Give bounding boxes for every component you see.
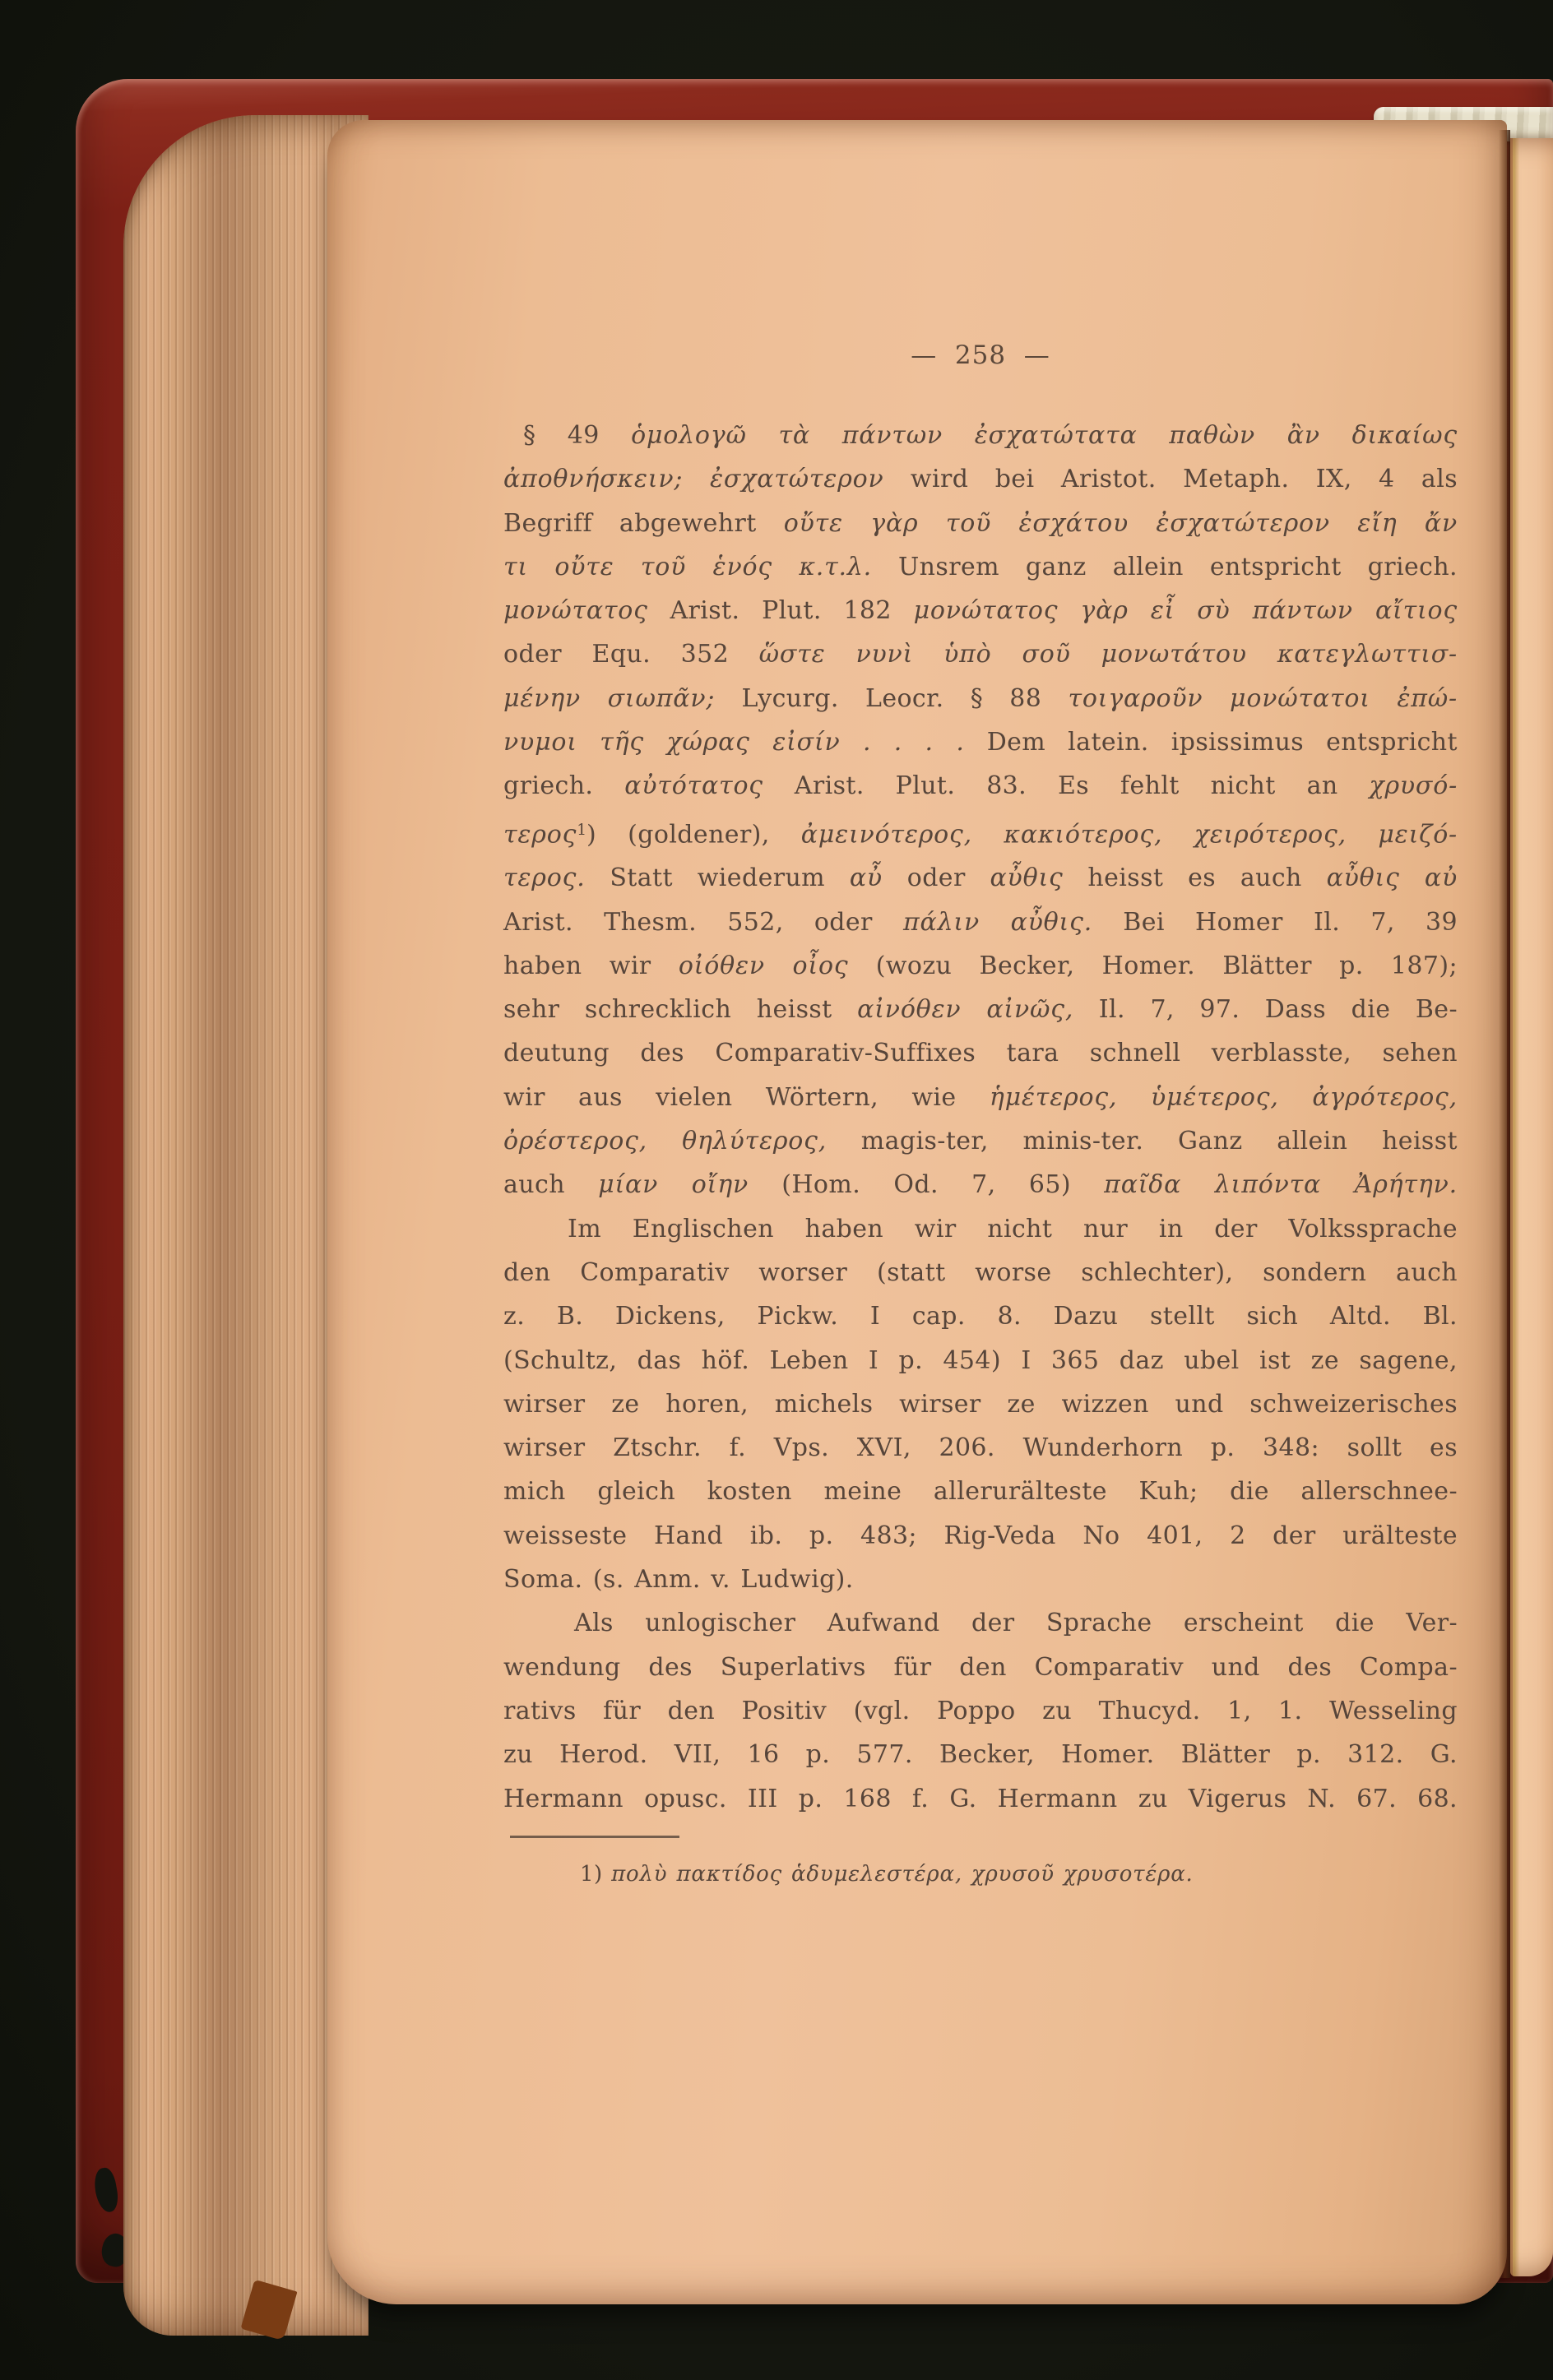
german-text-segment: wirser Ztschr. f. Vps. XVI, 206. Wunderh… (503, 1433, 1458, 1462)
text-line: sehr schrecklich heisst αἰνόθεν αἰνῶς, I… (503, 988, 1458, 1031)
text-line: Hermann opusc. III p. 168 f. G. Hermann … (503, 1777, 1458, 1821)
greek-text-segment: αὖθις (990, 864, 1063, 892)
text-line: weisseste Hand ib. p. 483; Rig-Veda No 4… (503, 1514, 1458, 1558)
german-text-segment: Statt wiederum (586, 864, 850, 892)
greek-text-segment: τερος. (503, 864, 586, 892)
greek-text-segment: τοιγαροῦν μονώτατοι ἐπώ- (1068, 684, 1458, 713)
footnote-marker: 1 (577, 822, 586, 839)
greek-text-segment: μονώτατος γὰρ εἶ σὺ πάντων αἴτιος (914, 596, 1458, 625)
text-line: mich gleich kosten meine allerurälteste … (503, 1470, 1458, 1513)
greek-text-segment: αὖ (850, 864, 883, 892)
text-line: Arist. Thesm. 552, oder πάλιν αὖθις. Bei… (503, 901, 1458, 944)
german-text-segment: (wozu Becker, Homer. Blätter p. 187); (848, 952, 1458, 980)
german-text-segment: Im Englischen haben wir nicht nur in der… (568, 1215, 1458, 1243)
text-line: wir aus vielen Wörtern, wie ἡμέτερος, ὑμ… (503, 1076, 1458, 1119)
german-text-segment: oder (883, 864, 990, 892)
german-text-segment: oder Equ. 352 (503, 640, 759, 669)
greek-text-segment: πάλιν αὖθις. (903, 908, 1092, 937)
book-page: — 258 — § 49 ὁμολογῶ τὰ πάντων ἐσχατώτατ… (327, 120, 1507, 2304)
german-text-segment: wird bei Aristot. Metaph. IX, 4 als (884, 465, 1458, 493)
text-line: τι οὔτε τοῦ ἑνός κ.τ.λ. Unsrem ganz alle… (503, 545, 1458, 589)
text-line: Soma. (s. Anm. v. Ludwig). (503, 1558, 1458, 1601)
german-text-segment: Begriff abgewehrt (503, 509, 784, 538)
text-line: haben wir οἰόθεν οἶος (wozu Becker, Home… (503, 944, 1458, 988)
greek-text-segment: νυμοι τῆς χώρας εἰσίν . . . . (503, 728, 965, 757)
greek-text-segment: ὀρέστερος, θηλύτερος, (503, 1127, 827, 1155)
greek-text-segment: ὥστε νυνὶ ὑπὸ σοῦ μονωτάτου κατεγλωττισ- (759, 640, 1458, 669)
greek-text-segment: ὁμολογῶ τὰ πάντων ἐσχατώτατα παθὼν ἂν δι… (631, 421, 1458, 450)
greek-text-segment: μένην σιωπᾶν; (503, 684, 715, 713)
german-text-segment: Lycurg. Leocr. § 88 (715, 684, 1068, 713)
german-text-segment: Arist. Plut. 182 (648, 596, 914, 625)
greek-text-segment: χρυσό- (1369, 771, 1458, 800)
german-text-segment: auch (503, 1170, 598, 1199)
german-text-segment: zu Herod. VII, 16 p. 577. Becker, Homer.… (503, 1740, 1458, 1769)
german-text-segment: 1) (580, 1862, 611, 1887)
german-text-segment: (Schultz, das höf. Leben I p. 454) I 365… (503, 1346, 1458, 1375)
text-line: τερος. Statt wiederum αὖ oder αὖθις heis… (503, 856, 1458, 900)
text-line: (Schultz, das höf. Leben I p. 454) I 365… (503, 1339, 1458, 1382)
german-text-segment: Hermann opusc. III p. 168 f. G. Hermann … (503, 1785, 1458, 1813)
german-text-segment: Arist. Thesm. 552, oder (503, 908, 903, 937)
greek-text-segment: οἰόθεν οἶος (679, 952, 849, 980)
german-text-segment: heisst es auch (1064, 864, 1327, 892)
greek-text-segment: τερος (503, 820, 577, 849)
german-text-segment: griech. (503, 771, 624, 800)
german-text-segment: mich gleich kosten meine allerurälteste … (503, 1477, 1458, 1506)
german-text-segment: sehr schrecklich heisst (503, 995, 857, 1024)
greek-text-segment: τι οὔτε τοῦ ἑνός κ.τ.λ. (503, 553, 872, 581)
text-line: Begriff abgewehrt οὔτε γὰρ τοῦ ἐσχάτου ἐ… (503, 502, 1458, 545)
gutter-crease (1499, 130, 1510, 2278)
german-text-segment: ) (goldener), (586, 820, 801, 849)
greek-text-segment: αὖθις αὐ (1327, 864, 1458, 892)
text-line: τερος1) (goldener), ἀμεινότερος, κακιότε… (503, 808, 1458, 857)
german-text-segment: wir aus vielen Wörtern, wie (503, 1083, 990, 1112)
text-line: μονώτατος Arist. Plut. 182 μονώτατος γὰρ… (503, 589, 1458, 632)
german-text-segment: haben wir (503, 952, 679, 980)
footnote-rule (510, 1836, 679, 1838)
text-line: z. B. Dickens, Pickw. I cap. 8. Dazu ste… (503, 1294, 1458, 1338)
german-text-segment: Unsrem ganz allein entspricht griech. (872, 553, 1458, 581)
facing-page-edge (1510, 138, 1553, 2276)
footnote-text: 1) πολὺ πακτίδος ἁδυμελεστέρα, χρυσοῦ χρ… (580, 1862, 1194, 1887)
text-line: deutung des Comparativ-Suffixes tara sch… (503, 1031, 1458, 1075)
text-line: Im Englischen haben wir nicht nur in der… (503, 1207, 1458, 1251)
german-text-segment: rativs für den Positiv (vgl. Poppo zu Th… (503, 1697, 1458, 1725)
text-block: § 49 ὁμολογῶ τὰ πάντων ἐσχατώτατα παθὼν … (503, 414, 1458, 1821)
text-line: wirser ze horen, michels wirser ze wizze… (503, 1382, 1458, 1426)
greek-text-segment: αὐτότατος (624, 771, 763, 800)
text-line: ἀποθνήσκειν; ἐσχατώτερον wird bei Aristo… (503, 457, 1458, 501)
text-line: den Comparativ worser (statt worse schle… (503, 1251, 1458, 1294)
german-text-segment: wirser ze horen, michels wirser ze wizze… (503, 1390, 1458, 1419)
text-line: wendung des Superlativs für den Comparat… (503, 1646, 1458, 1689)
german-text-segment: weisseste Hand ib. p. 483; Rig-Veda No 4… (503, 1521, 1458, 1550)
text-line: oder Equ. 352 ὥστε νυνὶ ὑπὸ σοῦ μονωτάτο… (503, 632, 1458, 676)
german-text-segment: Il. 7, 97. Dass die Be- (1073, 995, 1458, 1024)
text-line: griech. αὐτότατος Arist. Plut. 83. Es fe… (503, 764, 1458, 808)
text-line: μένην σιωπᾶν; Lycurg. Leocr. § 88 τοιγαρ… (503, 677, 1458, 720)
german-text-segment: Soma. (s. Anm. v. Ludwig). (503, 1565, 854, 1594)
german-text-segment: Bei Homer Il. 7, 39 (1092, 908, 1458, 937)
german-text-segment: (Hom. Od. 7, 65) (749, 1170, 1104, 1199)
german-text-segment: den Comparativ worser (statt worse schle… (503, 1258, 1458, 1287)
greek-text-segment: μονώτατος (503, 596, 648, 625)
greek-text-segment: πολὺ πακτίδος ἁδυμελεστέρα, χρυσοῦ χρυσο… (611, 1862, 1193, 1887)
german-text-segment: Arist. Plut. 83. Es fehlt nicht an (763, 771, 1370, 800)
text-line: rativs für den Positiv (vgl. Poppo zu Th… (503, 1689, 1458, 1733)
greek-text-segment: ἀποθνήσκειν; ἐσχατώτερον (503, 465, 884, 493)
greek-text-segment: ἡμέτερος, ὑμέτερος, ἀγρότερος, (990, 1083, 1458, 1112)
text-line: § 49 ὁμολογῶ τὰ πάντων ἐσχατώτατα παθὼν … (503, 414, 1458, 457)
german-text-segment: § 49 (523, 421, 631, 450)
german-text-segment: deutung des Comparativ-Suffixes tara sch… (503, 1039, 1458, 1067)
text-line: auch μίαν οἴην (Hom. Od. 7, 65) παῖδα λι… (503, 1163, 1458, 1206)
greek-text-segment: μίαν οἴην (598, 1170, 749, 1199)
greek-text-segment: ἀμεινότερος, κακιότερος, χειρότερος, μει… (801, 820, 1458, 849)
german-text-segment: Als unlogischer Aufwand der Sprache ersc… (574, 1609, 1458, 1637)
german-text-segment: Dem latein. ipsissimus entspricht (965, 728, 1458, 757)
text-line: zu Herod. VII, 16 p. 577. Becker, Homer.… (503, 1733, 1458, 1776)
greek-text-segment: αἰνόθεν αἰνῶς, (857, 995, 1073, 1024)
text-line: Als unlogischer Aufwand der Sprache ersc… (503, 1601, 1458, 1645)
german-text-segment: z. B. Dickens, Pickw. I cap. 8. Dazu ste… (503, 1302, 1458, 1331)
text-line: ὀρέστερος, θηλύτερος, magis-ter, minis-t… (503, 1119, 1458, 1163)
greek-text-segment: παῖδα λιπόντα Ἀρήτην. (1104, 1170, 1458, 1199)
scanned-book-photo: — 258 — § 49 ὁμολογῶ τὰ πάντων ἐσχατώτατ… (0, 0, 1553, 2380)
text-line: νυμοι τῆς χώρας εἰσίν . . . . Dem latein… (503, 720, 1458, 764)
german-text-segment: magis-ter, minis-ter. Ganz allein heisst (827, 1127, 1458, 1155)
page-number: — 258 — (503, 340, 1458, 370)
greek-text-segment: οὔτε γὰρ τοῦ ἐσχάτου ἐσχατώτερον εἴη ἄν (784, 509, 1458, 538)
text-line: wirser Ztschr. f. Vps. XVI, 206. Wunderh… (503, 1426, 1458, 1470)
german-text-segment: wendung des Superlativs für den Comparat… (503, 1653, 1458, 1682)
